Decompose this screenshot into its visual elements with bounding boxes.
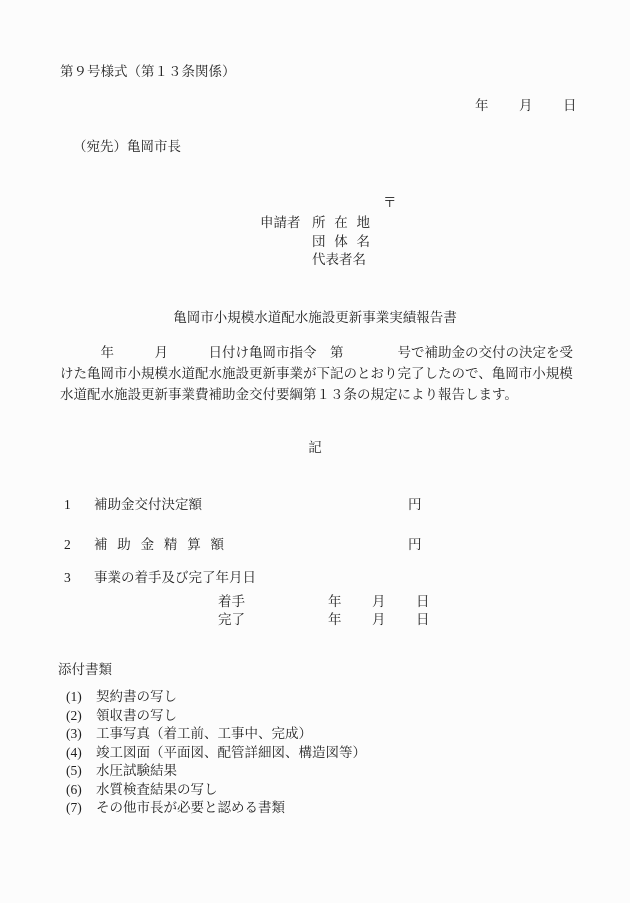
start-date-year-label: 年 <box>328 595 342 609</box>
start-date-day-label: 日 <box>416 595 430 609</box>
address-field-label: 所在地 <box>312 216 370 230</box>
attachment-number: (7) <box>66 801 82 815</box>
item-2-label: 補助金精算額 <box>94 538 224 552</box>
item-1-number: 1 <box>64 498 71 512</box>
addressee: （宛先）亀岡市長 <box>73 140 181 154</box>
issue-date-year-label: 年 <box>475 99 489 113</box>
completion-date-year-label: 年 <box>328 613 342 627</box>
item-1-unit-yen: 円 <box>408 498 422 512</box>
item-3-number: 3 <box>64 571 71 585</box>
attachment-number: (1) <box>66 690 82 704</box>
item-1-label: 補助金交付決定額 <box>94 498 202 512</box>
report-form-page: 第９号様式（第１３条関係） 年 月 日 （宛先）亀岡市長 〒 申請者 所在地 団… <box>0 0 630 903</box>
item-2-number: 2 <box>64 538 71 552</box>
record-heading: 記 <box>0 441 630 455</box>
document-title: 亀岡市小規模水道配水施設更新事業実績報告書 <box>0 311 630 325</box>
attachment-text: 竣工図面（平面図、配管詳細図、構造図等） <box>96 746 366 760</box>
completion-date-month-label: 月 <box>372 613 386 627</box>
attachment-number: (6) <box>66 783 82 797</box>
attachment-number: (3) <box>66 727 82 741</box>
form-number: 第９号様式（第１３条関係） <box>60 65 236 79</box>
start-date-month-label: 月 <box>372 595 386 609</box>
attachment-number: (5) <box>66 764 82 778</box>
item-2-unit-yen: 円 <box>408 538 422 552</box>
attachment-number: (2) <box>66 709 82 723</box>
issue-date-day-label: 日 <box>563 99 577 113</box>
representative-field-label: 代表者名 <box>312 253 366 267</box>
attachments-heading: 添付書類 <box>58 663 112 677</box>
start-date-label: 着手 <box>218 595 245 609</box>
attachment-text: 領収書の写し <box>96 709 177 723</box>
body-paragraph: 年 月 日付け亀岡市指令 第 号で補助金の交付の決定を受 けた亀岡市小規模水道配… <box>60 342 590 405</box>
item-3-label: 事業の着手及び完了年月日 <box>94 571 256 585</box>
attachment-text: 工事写真（着工前、工事中、完成） <box>96 727 312 741</box>
postal-mark: 〒 <box>383 196 397 210</box>
applicant-label: 申請者 <box>260 216 301 230</box>
org-field-label: 団体名 <box>312 235 370 249</box>
completion-date-day-label: 日 <box>416 613 430 627</box>
completion-date-label: 完了 <box>218 613 245 627</box>
attachment-text: 水圧試験結果 <box>96 764 177 778</box>
attachment-text: その他市長が必要と認める書類 <box>96 801 285 815</box>
attachment-number: (4) <box>66 746 82 760</box>
attachment-text: 契約書の写し <box>96 690 177 704</box>
attachment-text: 水質検査結果の写し <box>96 783 218 797</box>
issue-date-month-label: 月 <box>519 99 533 113</box>
